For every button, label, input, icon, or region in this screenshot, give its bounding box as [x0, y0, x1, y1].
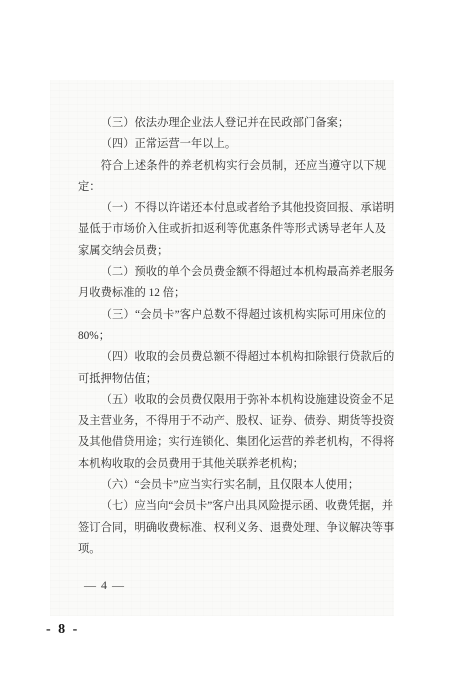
- screenshot-root: { "colors": { "canvas_bg": "#ffffff", "s…: [0, 0, 475, 679]
- document-line: （四）正常运营一年以上。: [78, 134, 386, 155]
- document-line: （四）收取的会员费总额不得超过本机构扣除银行贷款后的: [78, 347, 386, 368]
- document-line: 月收费标准的 12 倍；: [78, 283, 386, 304]
- scanned-document-page: （三）依法办理企业法人登记并在民政部门备案；（四）正常运营一年以上。符合上述条件…: [50, 80, 394, 616]
- document-line: 80%；: [78, 326, 386, 347]
- document-line: （五）收取的会员费仅限用于弥补本机构设施建设资金不足: [78, 390, 386, 411]
- document-line: 签订合同，明确收费标准、权利义务、退费处理、争议解决等事: [78, 518, 386, 539]
- document-line: 家属交纳会员费；: [78, 241, 386, 262]
- document-line: （二）预收的单个会员费金额不得超过本机构最高养老服务: [78, 262, 386, 283]
- document-line: 及其他借贷用途；实行连锁化、集团化运营的养老机构，不得将: [78, 432, 386, 453]
- document-line: （三）依法办理企业法人登记并在民政部门备案；: [78, 113, 386, 134]
- document-line: （一）不得以许诺还本付息或者给予其他投资回报、承诺明: [78, 198, 386, 219]
- document-line: （六）“会员卡”应当实行实名制，且仅限本人使用；: [78, 475, 386, 496]
- scan-page-number: — 4 —: [84, 578, 125, 592]
- document-line: 可抵押物估值；: [78, 369, 386, 390]
- document-line: （七）应当向“会员卡”客户出具风险提示函、收费凭据，并: [78, 496, 386, 517]
- outer-page-marker: - 8 -: [46, 622, 79, 638]
- document-line: 显低于市场价入住或折扣返利等优惠条件等形式诱导老年人及: [78, 219, 386, 240]
- document-line: 及主营业务，不得用于不动产、股权、证券、债券、期货等投资: [78, 411, 386, 432]
- document-body: （三）依法办理企业法人登记并在民政部门备案；（四）正常运营一年以上。符合上述条件…: [78, 113, 386, 560]
- document-line: （三）“会员卡”客户总数不得超过该机构实际可用床位的: [78, 305, 386, 326]
- document-line: 本机构收取的会员费用于其他关联养老机构；: [78, 454, 386, 475]
- document-line: 定：: [78, 177, 386, 198]
- document-line: 项。: [78, 539, 386, 560]
- document-line: 符合上述条件的养老机构实行会员制，还应当遵守以下规: [78, 156, 386, 177]
